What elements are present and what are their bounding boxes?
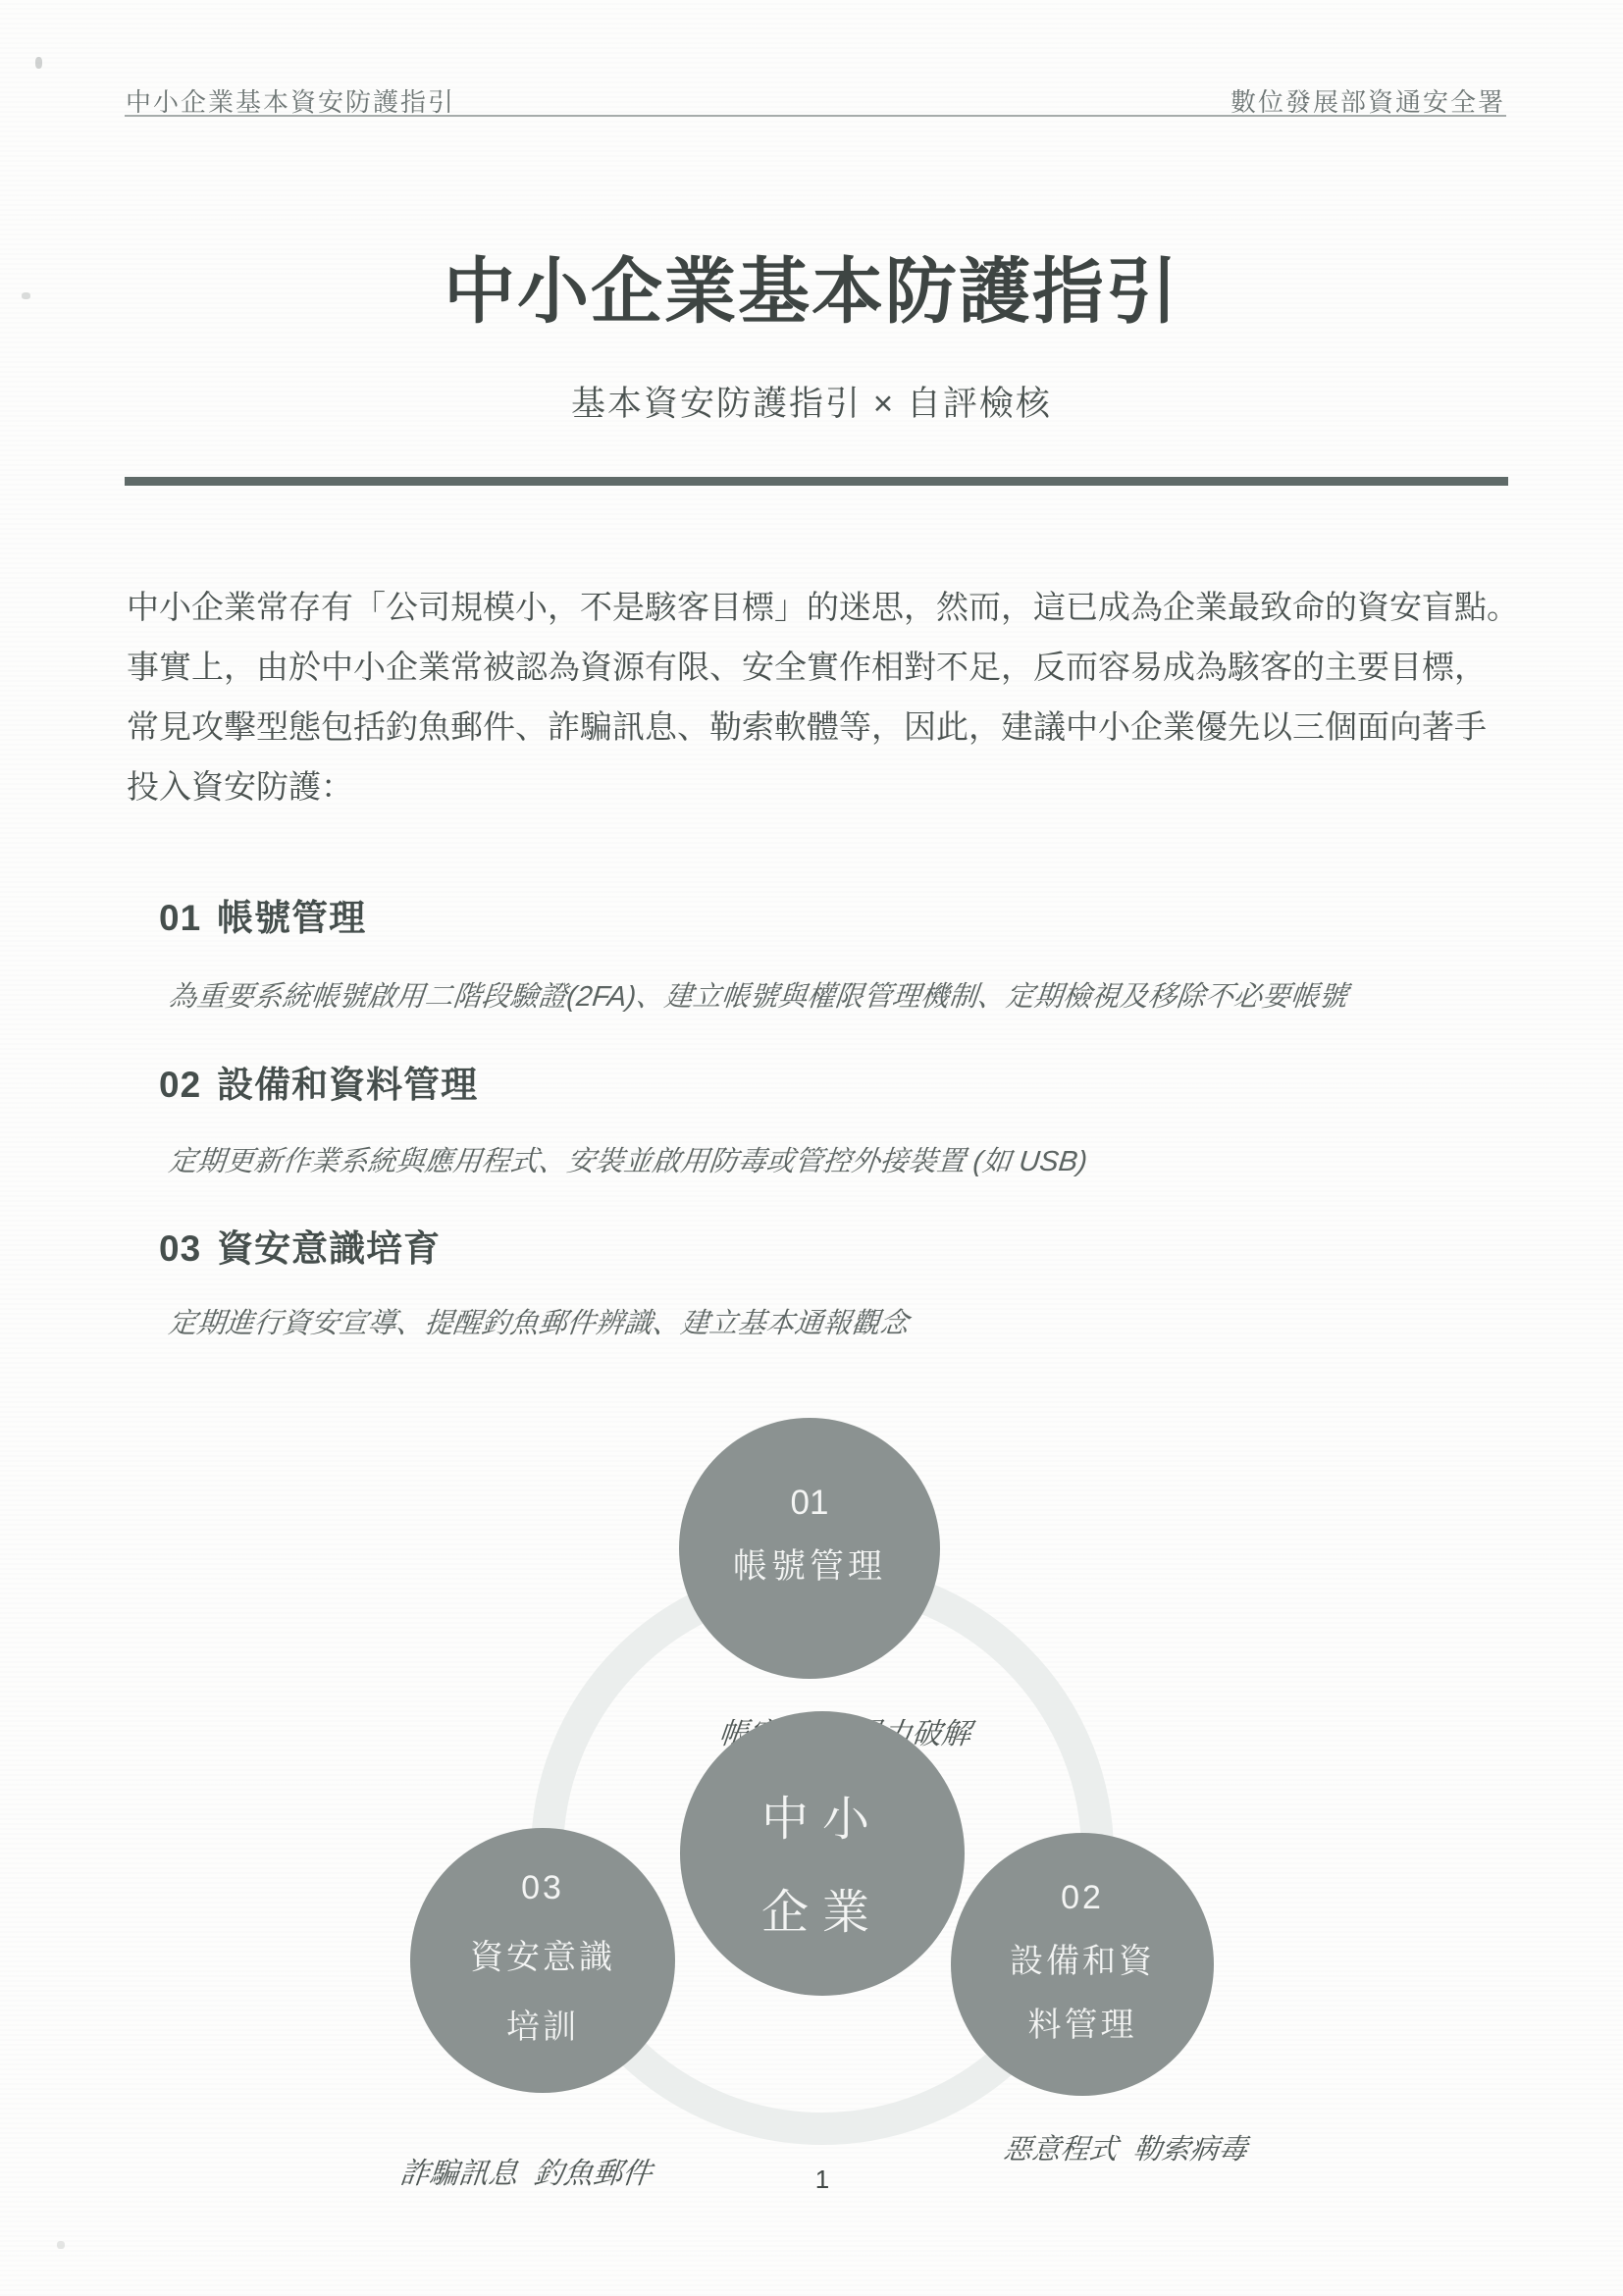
node-label: 帳號管理 <box>679 1547 940 1587</box>
node-label: 料管理 <box>951 1994 1214 2058</box>
section-description-text: 為重要系統帳號啟用二階段驗證(2FA)、建立帳號與權限管理機制、定期檢視及移除不… <box>167 974 1350 1015</box>
diagram-center-circle-sme: 中小 企業 <box>680 1711 965 1996</box>
header-left-text: 中小企業基本資安防護指引 <box>126 82 455 119</box>
section-title: 帳號管理 <box>217 898 366 938</box>
scan-speck <box>57 2241 65 2249</box>
diagram-node-awareness: 03 資安意識 培訓 <box>410 1828 675 2093</box>
diagram-node-device: 02 設備和資 料管理 <box>951 1833 1214 2096</box>
node-label: 資安意識 <box>410 1923 675 1993</box>
center-circle-line: 中小 <box>680 1711 965 1866</box>
section-description-device: 定期更新作業系統與應用程式、安裝並啟用防毒或管控外接裝置 (如 USB) <box>169 1139 1087 1179</box>
section-number: 03 <box>159 1228 201 1269</box>
section-heading-awareness: 03資安意識培育 <box>159 1219 441 1272</box>
node-number: 02 <box>951 1833 1214 1930</box>
section-description-text: 定期進行資安宣導、提醒釣魚郵件辨識、建立基本通報觀念 <box>167 1301 911 1341</box>
title-divider <box>125 477 1508 486</box>
section-description-text: 定期更新作業系統與應用程式、安裝並啟用防毒或管控外接裝置 (如 USB) <box>167 1139 1089 1179</box>
node-number: 01 <box>679 1418 940 1547</box>
header-right-text: 數位發展部資通安全署 <box>1230 82 1505 119</box>
intro-line: 事實上，由於中小企業常被認為資源有限、安全實作相對不足，反而容易成為駭客的主要目… <box>127 637 1559 697</box>
intro-line: 常見攻擊型態包括釣魚郵件、詐騙訊息、勒索軟體等，因此，建議中小企業優先以三個面向… <box>127 697 1559 757</box>
center-circle-line: 企業 <box>680 1866 965 1959</box>
header-rule <box>125 115 1506 117</box>
section-number: 01 <box>159 898 201 938</box>
intro-line: 中小企業常存有「公司規模小，不是駭客目標」的迷思，然而，這已成為企業最致命的資安… <box>127 577 1559 637</box>
scan-speck <box>35 57 42 69</box>
threat-text: 惡意程式 勒索病毒 <box>1002 2127 1249 2167</box>
diagram-node-account: 01 帳號管理 <box>679 1418 940 1679</box>
document-title: 中小企業基本防護指引 <box>0 234 1623 337</box>
node-number: 03 <box>410 1828 675 1923</box>
node-label: 設備和資 <box>951 1930 1214 1994</box>
intro-paragraph: 中小企業常存有「公司規模小，不是駭客目標」的迷思，然而，這已成為企業最致命的資安… <box>127 577 1559 816</box>
intro-line: 投入資安防護： <box>127 757 1559 816</box>
section-title: 資安意識培育 <box>217 1228 441 1269</box>
section-title: 設備和資料管理 <box>217 1065 478 1105</box>
node-label: 培訓 <box>410 1993 675 2062</box>
section-heading-device: 02設備和資料管理 <box>159 1055 478 1108</box>
page-number: 1 <box>11 2165 1623 2195</box>
document-subtitle: 基本資安防護指引 × 自評檢核 <box>0 377 1623 426</box>
section-heading-account: 01帳號管理 <box>159 888 366 941</box>
scanned-document-page: 中小企業基本資安防護指引 數位發展部資通安全署 中小企業基本防護指引 基本資安防… <box>0 0 1623 2296</box>
section-description-account: 為重要系統帳號啟用二階段驗證(2FA)、建立帳號與權限管理機制、定期檢視及移除不… <box>169 974 1347 1015</box>
section-number: 02 <box>159 1065 201 1105</box>
section-description-awareness: 定期進行資安宣導、提醒釣魚郵件辨識、建立基本通報觀念 <box>169 1301 909 1341</box>
